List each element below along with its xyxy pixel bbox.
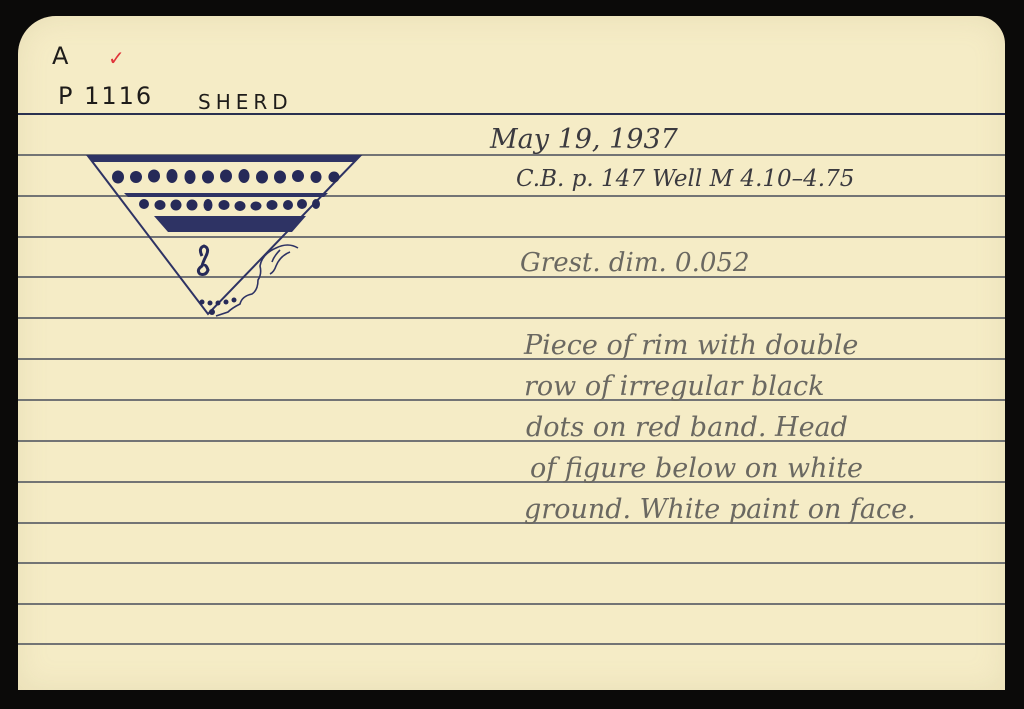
category-letter: A [52,42,70,70]
date: May 19, 1937 [490,124,678,155]
ruled-line [18,440,1005,442]
reference: C.B. p. 147 Well M 4.10–4.75 [516,166,854,192]
sherd-sketch [84,152,364,322]
ruled-line [18,399,1005,401]
check-mark-icon: ✓ [108,46,125,70]
ruled-line [18,562,1005,564]
object-type: SHERD [198,90,293,114]
ruled-line [18,603,1005,605]
description-line: dots on red band. Head [526,412,848,443]
index-card: A ✓ P 1116 SHERD May 19, 1937 C.B. p. 14… [18,16,1005,690]
description-line: Piece of rim with double [524,330,858,361]
description-line: of figure below on white [530,453,863,484]
header-rule [18,113,1005,115]
description-line: row of irregular black [524,371,825,402]
dimension: Grest. dim. 0.052 [520,248,749,278]
catalog-number: P 1116 [58,82,153,110]
description-line: ground. White paint on face. [524,494,916,525]
ruled-line [18,643,1005,645]
